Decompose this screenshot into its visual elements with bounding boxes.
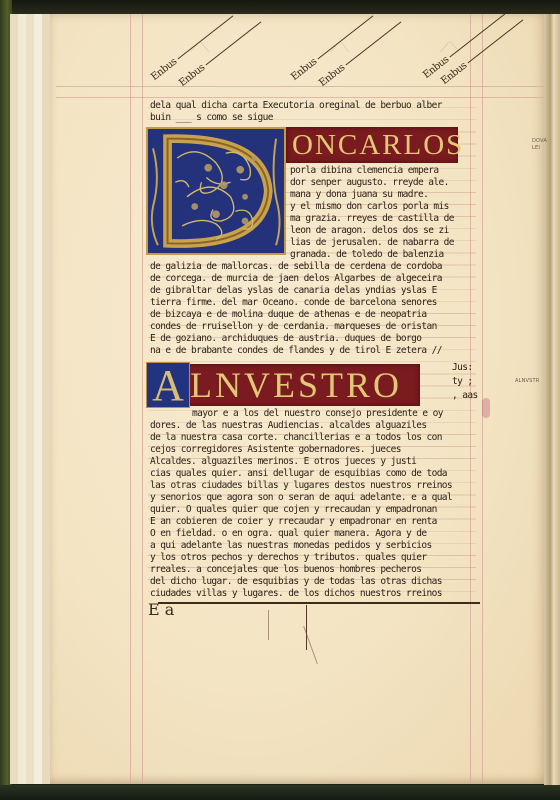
text-line: de la nuestra casa corte. chancillerias … <box>150 432 442 444</box>
text-line: de bizcaya e de molina duque de athenas … <box>150 309 426 321</box>
text-line: condes de rruisellon y de cerdania. marq… <box>150 321 437 333</box>
closing-mark: E a <box>148 600 174 619</box>
pen-sketch-mark <box>306 605 307 650</box>
text-line: las otras ciudades billas y lugares dest… <box>150 480 452 492</box>
text-line: de corcega. de murcia de jaen delos Alga… <box>150 273 442 285</box>
book-cover-bottom-edge <box>0 785 560 800</box>
text-line: cias quales quier. ansi dellugar de esqu… <box>150 468 447 480</box>
margin-ruling-line <box>142 14 143 784</box>
text-line: de galizia de mallorcas. de sebilla de c… <box>150 261 442 273</box>
margin-note: LEI <box>532 145 540 151</box>
text-line: dores. de las nuestras Audiencias. alcal… <box>150 420 426 432</box>
margin-note: DOVA <box>532 138 547 144</box>
title-banner-don-carlos: ONCARLOS <box>286 127 458 163</box>
illuminated-initial-a: A <box>146 362 190 408</box>
side-word: , aas <box>452 390 478 402</box>
intro-line: dela qual dicha carta Executoria oregina… <box>150 100 442 112</box>
margin-ruling-line <box>130 14 131 784</box>
text-line: mayor e a los del nuestro consejo presid… <box>192 408 443 420</box>
text-line: y senorios que agora son o seran de aqui… <box>150 492 452 504</box>
text-line: y los otros pechos y derechos y tributos… <box>150 552 426 564</box>
book-cover-top-edge <box>0 0 560 14</box>
foliate-scroll-ornament-icon <box>148 129 284 253</box>
text-line: y el mismo don carlos porla mis <box>290 201 449 213</box>
banner-title-text: LNVESTRO <box>190 364 402 406</box>
closing-flourish-line <box>158 602 480 604</box>
text-line: porla dibina clemencia empera <box>290 165 438 177</box>
text-line: a qui adelante las nuestras monedas pedi… <box>150 540 432 552</box>
text-line: E an cobieren de coier y rrecaudar y emp… <box>150 516 437 528</box>
text-line: de gibraltar delas yslas de canaria dela… <box>150 285 437 297</box>
book-gutter <box>544 14 560 786</box>
banner-title-text: ONCARLOS <box>292 129 464 162</box>
text-line: Alcaldes. alguaziles merinos. E otros ju… <box>150 456 416 468</box>
text-line: ciudades villas y lugares. de los dichos… <box>150 588 442 600</box>
top-ruling-line <box>56 86 544 87</box>
text-line: O en fieldad. o en ogra. qual quier mane… <box>150 528 426 540</box>
ink-stain <box>482 398 490 418</box>
text-line: leon de aragon. delos dos se zi <box>290 225 449 237</box>
text-line: granada. de toledo de balenzia <box>290 249 444 261</box>
text-line: rreales. a concejales que los buenos hom… <box>150 564 421 576</box>
text-line: mana y dona juana su madre. <box>290 189 428 201</box>
text-line: quier. O quales quier que cojen y rrecau… <box>150 504 437 516</box>
text-line: ma grazia. rreyes de castilla de <box>290 213 454 225</box>
text-line: tierra firme. del mar Oceano. conde de b… <box>150 297 437 309</box>
intro-line: buin ___ s como se sigue <box>150 112 273 124</box>
text-line: E de goziano. archiduques de austria. du… <box>150 333 421 345</box>
side-word: ty ; <box>452 376 472 388</box>
margin-note: ALNVSTR <box>515 378 539 384</box>
text-line: del dicho lugar. de esquibias y de todas… <box>150 576 442 588</box>
text-line: cejos corregidores Asistente gobernadore… <box>150 444 401 456</box>
illuminated-initial-d <box>146 127 286 255</box>
pen-sketch-mark <box>268 610 269 640</box>
side-word: Jus: <box>452 362 472 374</box>
text-line: dor senper augusto. rreyde ale. <box>290 177 449 189</box>
text-line: lias de jerusalen. de nabarra de <box>290 237 454 249</box>
text-line: na e de brabante condes de flandes y de … <box>150 345 442 357</box>
